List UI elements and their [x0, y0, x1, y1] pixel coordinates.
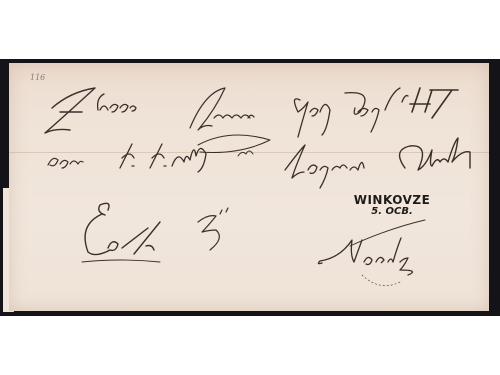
postmark-date: 5. OCB.	[352, 207, 432, 217]
handwriting-strokes	[0, 0, 500, 375]
postmark-stamp: WINKOVZE 5. OCB.	[352, 194, 432, 217]
postmark-town: WINKOVZE	[352, 194, 432, 206]
